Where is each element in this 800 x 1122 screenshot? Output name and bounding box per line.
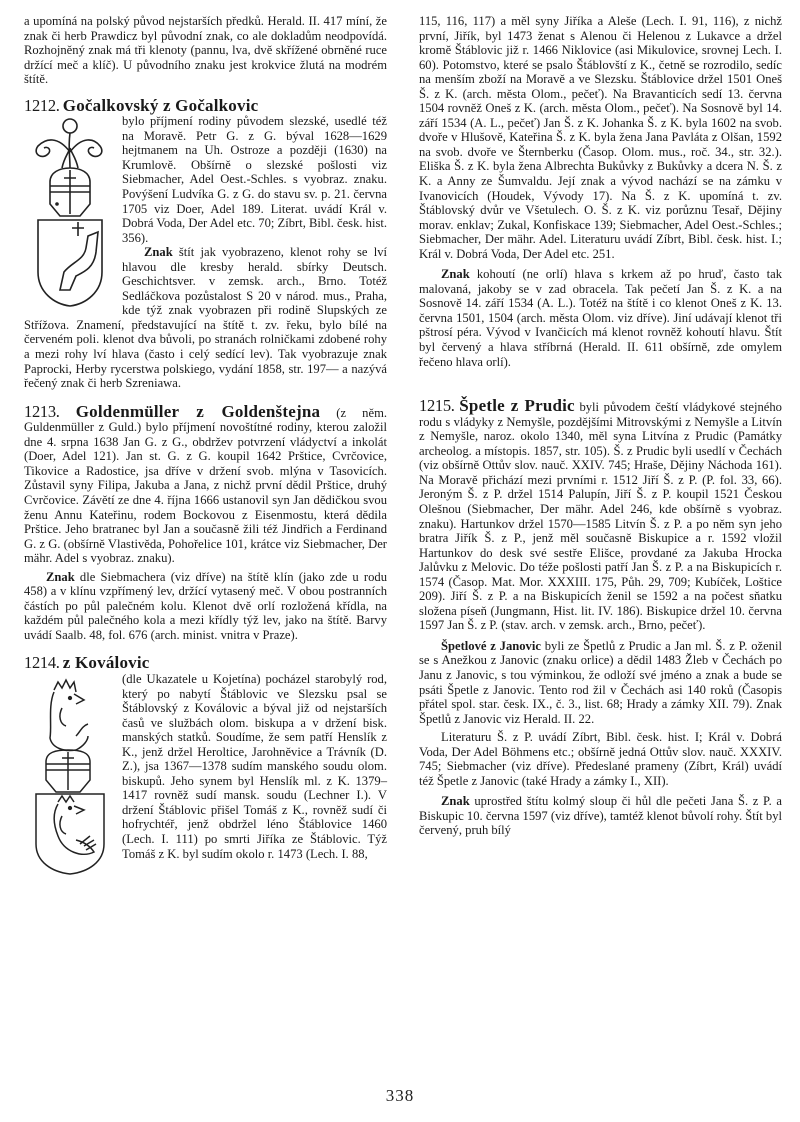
znak-paragraph: Znak kohoutí (ne orlí) hlava s krkem až … bbox=[419, 267, 782, 369]
entry-text: (z něm. Guldenmüller z Guld.) bylo příjm… bbox=[24, 406, 387, 565]
znak-paragraph: Znak dle Siebmachera (viz dříve) na štít… bbox=[24, 570, 387, 643]
znak-label: Znak bbox=[441, 267, 470, 281]
entry-heading: 1212. Gočalkovský z Gočalkovic bbox=[24, 99, 387, 115]
right-column: 115, 116, 117) a měl syny Jiříka a Aleše… bbox=[419, 14, 782, 838]
znak-text: kohoutí (ne orlí) hlava s krkem až po hr… bbox=[419, 267, 782, 368]
entry-paragraph: 1213. Goldenmüller z Goldenštejna (z něm… bbox=[24, 405, 387, 566]
entry-number: 1213. bbox=[24, 402, 60, 421]
entry-text: byli původem čeští vládykové stejného ro… bbox=[419, 400, 782, 632]
znak-label: Znak bbox=[144, 245, 173, 259]
entry-number: 1214. bbox=[24, 653, 60, 672]
left-column: a upomíná na polský původ nejstarších př… bbox=[24, 14, 387, 876]
znak-label: Znak bbox=[441, 794, 470, 808]
znak-label: Znak bbox=[46, 570, 75, 584]
entry-number: 1215. bbox=[419, 396, 455, 415]
coat-of-arms-kovalovic-icon bbox=[24, 676, 112, 876]
entry-heading: 1214. z Koválovic bbox=[24, 656, 387, 672]
continuation-paragraph: 115, 116, 117) a měl syny Jiříka a Aleše… bbox=[419, 14, 782, 261]
entry-1212: 1212. Gočalkovský z Gočalkovic bbox=[24, 99, 387, 391]
continuation-paragraph: a upomíná na polský původ nejstarších př… bbox=[24, 14, 387, 87]
entry-number: 1212. bbox=[24, 96, 60, 115]
literature-paragraph: Literaturu Š. z P. uvádí Zíbrt, Bibl. če… bbox=[419, 730, 782, 788]
znak-text: dle Siebmachera (viz dříve) na štítě klí… bbox=[24, 570, 387, 642]
entry-title: Goldenmüller z Goldenštejna bbox=[76, 402, 320, 421]
entry-1213: 1213. Goldenmüller z Goldenštejna (z něm… bbox=[24, 405, 387, 643]
sub-entry-paragraph: Špetlové z Janovic byli ze Špetlů z Prud… bbox=[419, 639, 782, 726]
entry-1215: 1215. Špetle z Prudic byli původem čeští… bbox=[419, 399, 782, 838]
coat-of-arms-gocalkovsky-icon bbox=[24, 112, 112, 308]
sub-entry-label: Špetlové z Janovic bbox=[441, 639, 541, 653]
entry-title: Špetle z Prudic bbox=[459, 396, 575, 415]
book-page: a upomíná na polský původ nejstarších př… bbox=[24, 14, 782, 1074]
entry-title: z Koválovic bbox=[63, 653, 150, 672]
znak-paragraph: Znak uprostřed štítu kolmý sloup či hůl … bbox=[419, 794, 782, 838]
page-number: 338 bbox=[0, 1086, 800, 1106]
entry-title: Gočalkovský z Gočalkovic bbox=[63, 96, 259, 115]
entry-paragraph: 1215. Špetle z Prudic byli původem čeští… bbox=[419, 399, 782, 633]
znak-text: uprostřed štítu kolmý sloup či hůl dle p… bbox=[419, 794, 782, 837]
entry-1214: 1214. z Koválovic bbox=[24, 656, 387, 861]
